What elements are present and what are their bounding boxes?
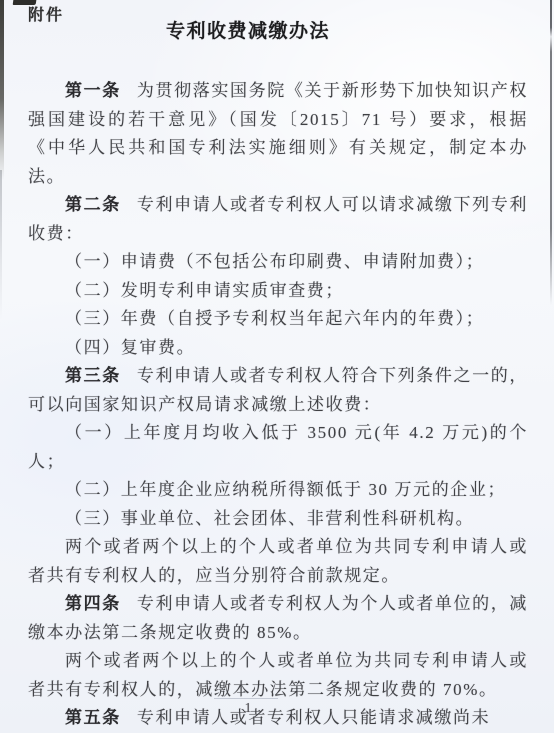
page-number-rule	[214, 698, 278, 699]
paragraph-text: （四）复审费。	[65, 338, 195, 357]
scan-left-edge-faint-artifact	[0, 170, 2, 320]
paragraph-article-3: 第三条专利申请人或者专利权人符合下列条件之一的，可以向国家知识产权局请求减缴上述…	[28, 362, 528, 419]
article-number: 第三条	[65, 366, 121, 385]
paragraph-list-item: （一）申请费（不包括公布印刷费、申请附加费）；	[28, 248, 528, 277]
article-number: 第一条	[65, 81, 121, 100]
document-body: 第一条为贯彻落实国务院《关于新形势下加快知识产权强国建设的若干意见》（国发〔20…	[28, 77, 528, 733]
paragraph-text: （一）申请费（不包括公布印刷费、申请附加费）；	[65, 252, 484, 271]
paragraph-list-item: （四）复审费。	[28, 334, 528, 363]
paragraph-list-item: （三）年费（自授予专利权当年起六年内的年费）；	[28, 305, 528, 334]
article-number: 第二条	[65, 195, 121, 214]
paragraph-text: （二）上年度企业应纳税所得额低于 30 万元的企业；	[65, 480, 506, 499]
paragraph-text: （一）上年度月均收入低于 3500 元(年 4.2 万元)的个人；	[28, 423, 528, 471]
paragraph-list-item: （二）上年度企业应纳税所得额低于 30 万元的企业；	[28, 476, 528, 505]
paragraph-list-item: （一）上年度月均收入低于 3500 元(年 4.2 万元)的个人；	[28, 419, 528, 476]
paragraph-list-item: （二）发明专利申请实质审查费；	[28, 277, 528, 306]
article-number: 第四条	[65, 594, 121, 613]
page-number: 1	[0, 701, 554, 717]
paragraph-text: 两个或者两个以上的个人或者单位为共同专利申请人或者共有专利权人的，减缴本办法第二…	[28, 651, 528, 699]
paragraph-article-1: 第一条为贯彻落实国务院《关于新形势下加快知识产权强国建设的若干意见》（国发〔20…	[28, 77, 528, 191]
paragraph-text: （三）年费（自授予专利权当年起六年内的年费）；	[65, 309, 484, 328]
scanned-document-page: { "document": { "attachment_label": "附件"…	[0, 0, 554, 733]
paragraph-list-item: （三）事业单位、社会团体、非营利性科研机构。	[28, 505, 528, 534]
paragraph-text: （二）发明专利申请实质审查费；	[65, 281, 344, 300]
paragraph-body: 两个或者两个以上的个人或者单位为共同专利申请人或者共有专利权人的，应当分别符合前…	[28, 533, 528, 590]
paragraph-text: （三）事业单位、社会团体、非营利性科研机构。	[65, 509, 474, 528]
paragraph-article-2: 第二条专利申请人或者专利权人可以请求减缴下列专利收费：	[28, 191, 528, 248]
paragraph-text: 两个或者两个以上的个人或者单位为共同专利申请人或者共有专利权人的，应当分别符合前…	[28, 537, 528, 585]
paragraph-article-4: 第四条专利申请人或者专利权人为个人或者单位的，减缴本办法第二条规定收费的 85%…	[28, 590, 528, 647]
document-page: 附件 专利收费减缴办法 第一条为贯彻落实国务院《关于新形势下加快知识产权强国建设…	[0, 0, 554, 733]
document-title: 专利收费减缴办法	[0, 16, 554, 43]
paragraph-body: 两个或者两个以上的个人或者单位为共同专利申请人或者共有专利权人的，减缴本办法第二…	[28, 647, 528, 704]
scan-right-edge-artifact	[550, 0, 552, 305]
